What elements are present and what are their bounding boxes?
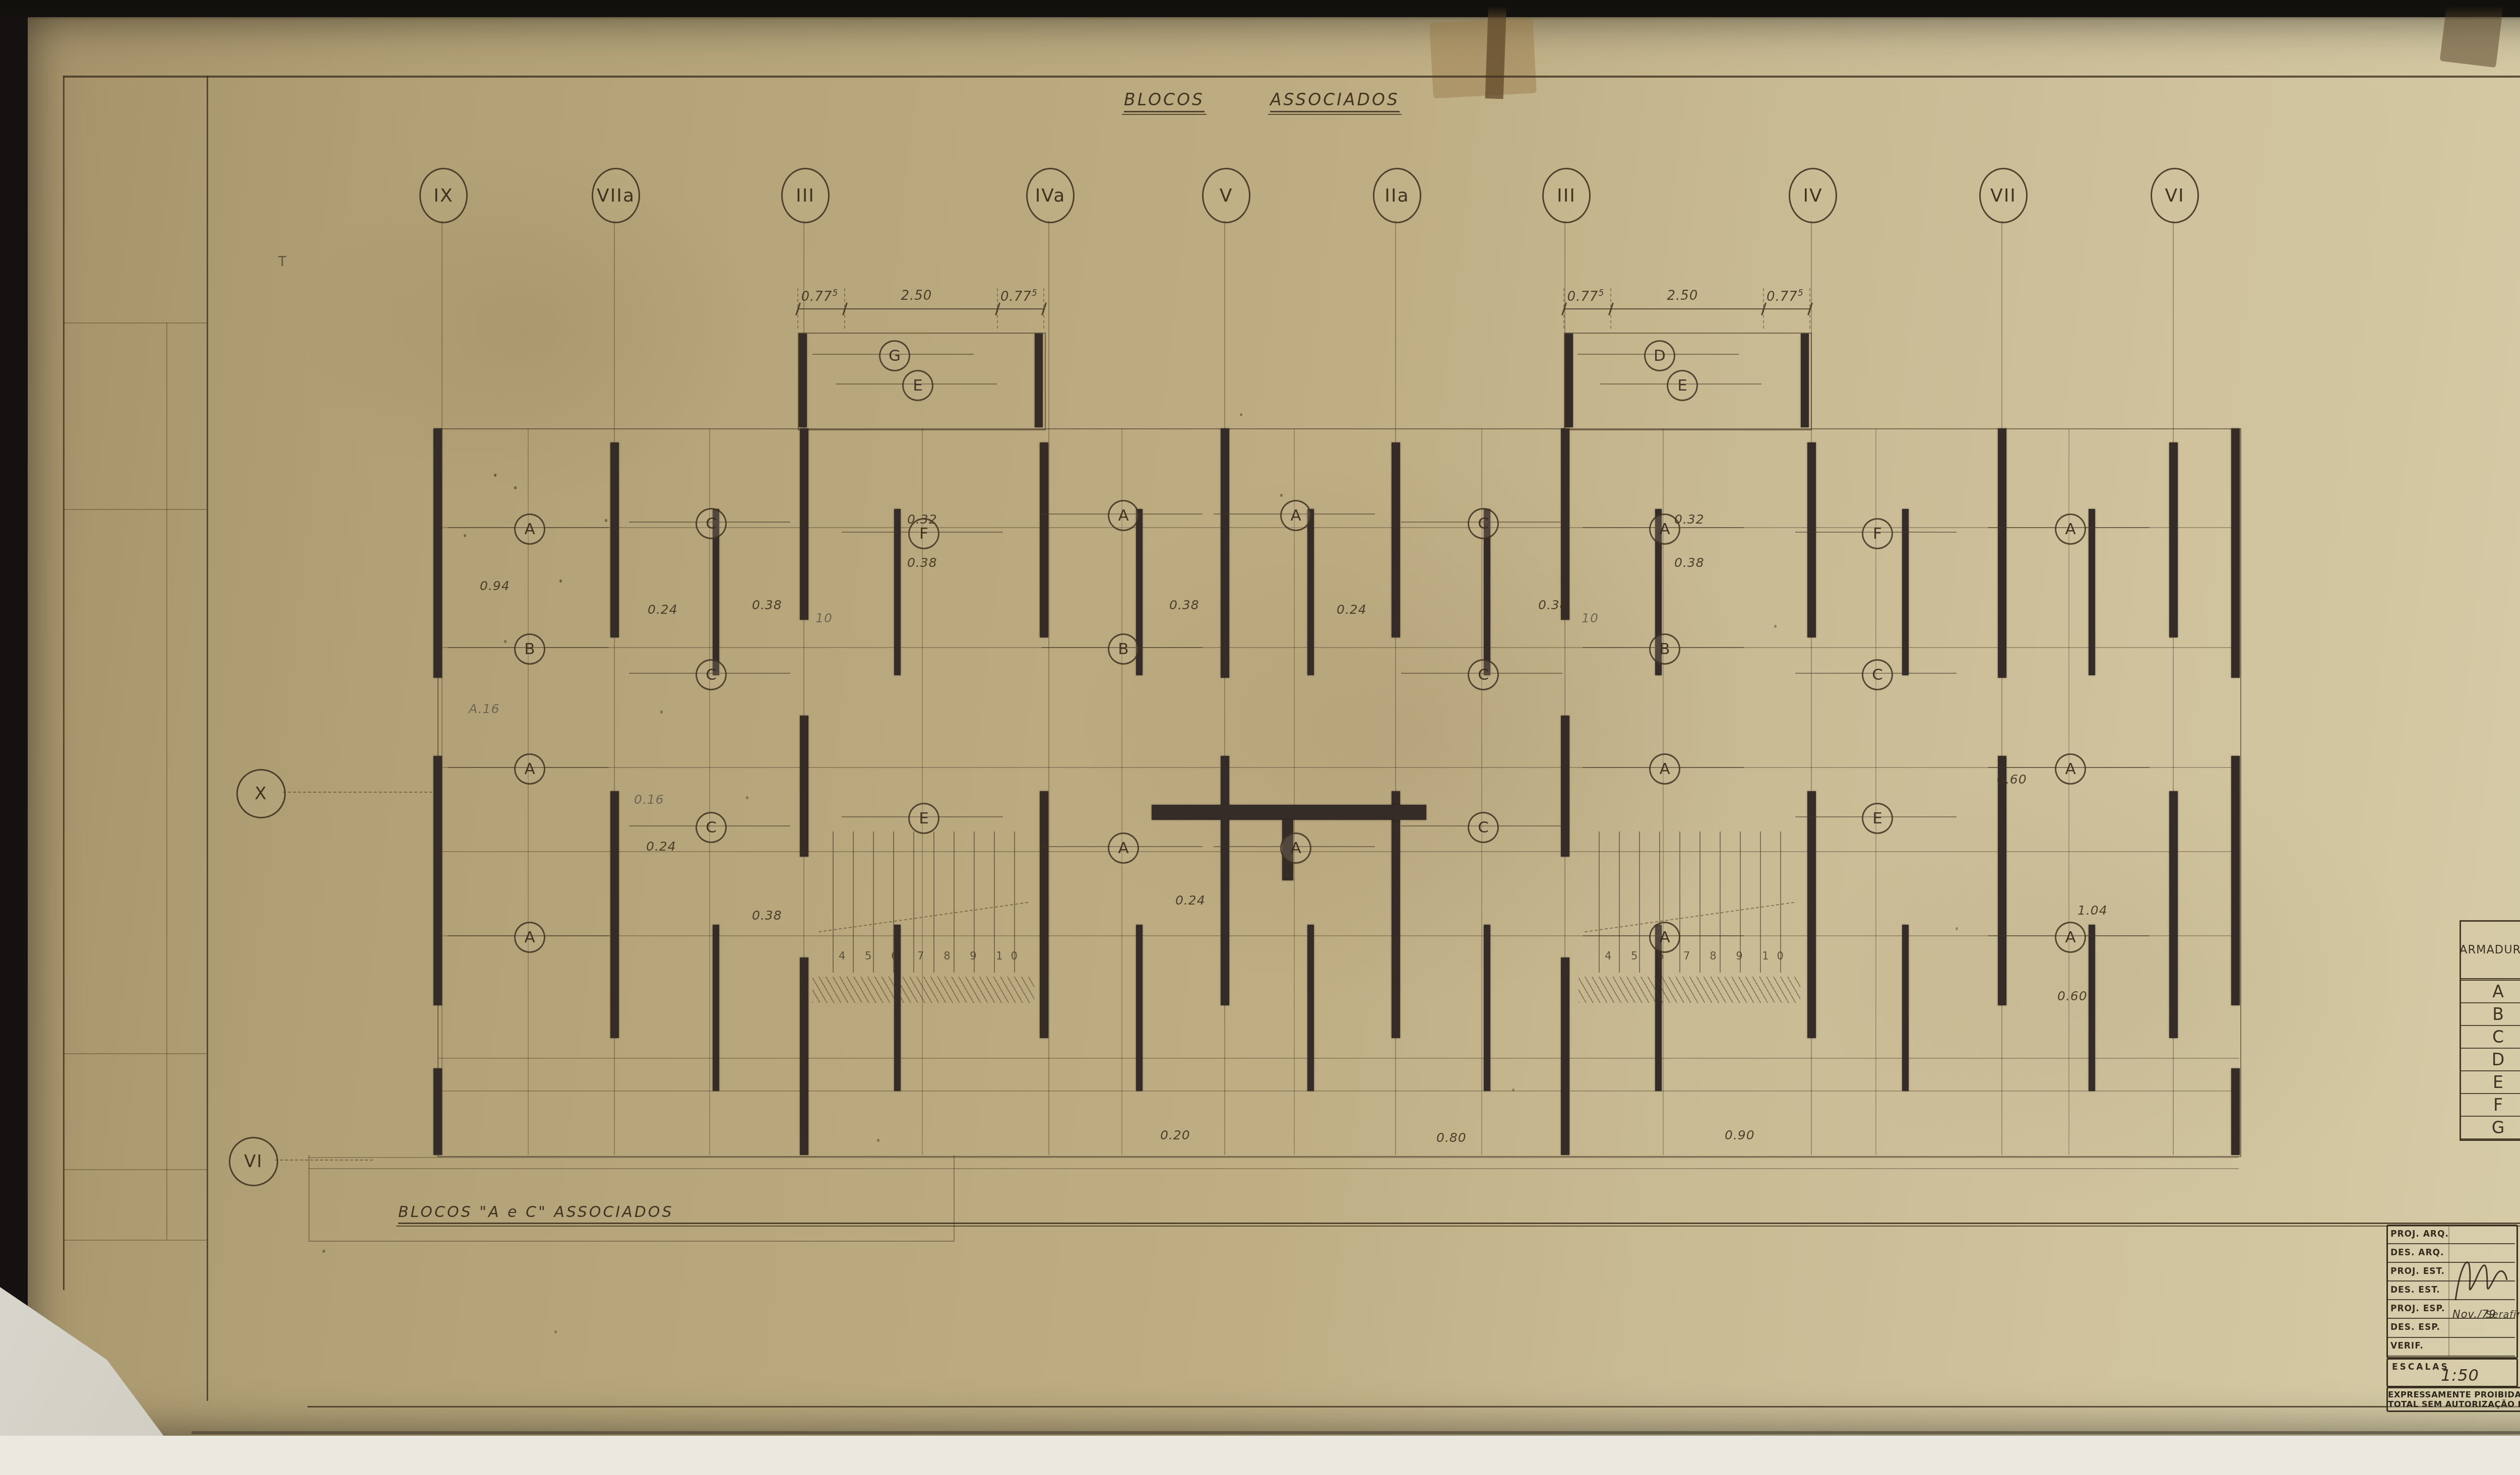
grid-bubble: III xyxy=(781,168,830,223)
wall-segment xyxy=(1035,334,1043,427)
panel-marker: F xyxy=(1862,518,1893,549)
signature-row-label: VERIF. xyxy=(2390,1341,2424,1351)
plan-dimension: 10 xyxy=(1582,611,1599,625)
panel-marker: E xyxy=(902,370,933,401)
wall-segment xyxy=(610,791,619,1038)
wall-segment xyxy=(894,509,901,675)
plan-dimension: 0.20 xyxy=(1160,1128,1190,1142)
dim-chain-line xyxy=(1564,308,1810,309)
table-row: DAR 5033.502.40 xyxy=(2461,1049,2520,1071)
wall-segment xyxy=(800,957,808,1155)
blocos-ac-label: BLOCOS "A e C" ASSOCIADOS xyxy=(398,1203,2520,1224)
panel-marker: D xyxy=(1644,340,1675,371)
wall-segment xyxy=(1392,791,1400,1038)
wall-segment xyxy=(1307,925,1314,1091)
wall-segment xyxy=(1136,925,1143,1091)
grid-bubble-side: X xyxy=(236,769,286,818)
plan-dimension: 0.38 xyxy=(752,598,782,612)
panel-marker: A xyxy=(1649,753,1680,785)
dim-chain-label: 2.50 xyxy=(901,288,932,303)
wall-segment xyxy=(1807,791,1816,1038)
wall-segment xyxy=(1998,756,2006,1005)
table-row: EAR 6084.402.40 xyxy=(2461,1071,2520,1094)
wall-segment xyxy=(433,1068,442,1155)
wall-segment xyxy=(1902,509,1909,675)
grid-bubble: III xyxy=(1542,168,1591,223)
wall-segment xyxy=(713,925,719,1091)
wall-segment xyxy=(2169,442,2178,637)
escala-value: 1:50 xyxy=(2441,1366,2479,1385)
panel-joint-column xyxy=(1294,428,1295,1155)
stair-tread-numbers: 4 5 6 7 8 9 10 xyxy=(1605,950,1792,962)
plan-dimension: 0.90 xyxy=(1725,1128,1755,1142)
plan-dimension: 10 xyxy=(815,611,833,625)
signature-row-label: PROJ. EST. xyxy=(2390,1266,2445,1276)
panel-marker: C xyxy=(1468,812,1499,843)
drawing-photo: BLOCOS ASSOCIADOS T IXVIIaIIIIVaVIIaIIII… xyxy=(0,0,2520,1475)
panel-marker: A xyxy=(1649,922,1680,953)
dim-chain-label: 0.775 xyxy=(1000,288,1038,304)
panel-marker: E xyxy=(1862,803,1893,834)
wall-segment xyxy=(1392,442,1400,637)
panel-joint-line xyxy=(437,935,2239,936)
signature-row: VERIF. xyxy=(2386,1337,2515,1357)
panel-marker: A xyxy=(2055,922,2086,953)
stair-tread-line xyxy=(1599,831,1600,973)
table-cell: F xyxy=(2461,1094,2520,1117)
table-cell: C xyxy=(2461,1026,2520,1049)
wall-segment xyxy=(2089,925,2095,1091)
wall-segment xyxy=(433,428,442,678)
wall-segment xyxy=(1040,442,1048,637)
plan-dimension: 0.38 xyxy=(1674,555,1705,570)
panel-marker: A xyxy=(1280,500,1311,531)
wall-segment xyxy=(1561,957,1569,1155)
wall-segment xyxy=(2231,756,2240,1005)
plan-dimension: 0.16 xyxy=(634,792,664,807)
table-row: GAR 6022.501.20 xyxy=(2461,1117,2520,1139)
wall-segment xyxy=(2169,791,2178,1038)
table-cell: B xyxy=(2461,1003,2520,1026)
panel-marker: C xyxy=(1862,659,1893,690)
wall-segment xyxy=(1561,428,1569,620)
table-cell: A xyxy=(2461,981,2520,1003)
plan-dimension: 0.24 xyxy=(648,602,678,617)
wall-segment xyxy=(1040,791,1048,1038)
photo-top-edge xyxy=(0,0,2520,20)
panel-marker: A xyxy=(1108,500,1139,531)
table-row: FAR 6044.401.20 xyxy=(2461,1094,2520,1117)
panel-marker: A xyxy=(2055,514,2086,545)
stair-tread-line xyxy=(833,831,834,973)
signature-row-label: DES. EST. xyxy=(2390,1285,2440,1295)
plan-dimension: 0.38 xyxy=(1538,598,1568,612)
wall-segment xyxy=(2231,428,2240,678)
signature-row: DES. ESP. xyxy=(2386,1318,2515,1338)
plan-dimension: 0.38 xyxy=(1169,598,1200,612)
wall-segment xyxy=(433,756,442,1005)
panel-marker: A xyxy=(514,922,545,953)
wall-segment xyxy=(799,334,807,427)
panel-marker: E xyxy=(908,803,939,834)
dim-extension-line xyxy=(797,288,798,329)
table-row: AAR 46203.202.40 xyxy=(2461,981,2520,1003)
core-wall xyxy=(1152,805,1426,820)
panel-marker: B xyxy=(514,633,545,665)
wall-segment xyxy=(1998,428,2006,678)
table-cell: D xyxy=(2461,1049,2520,1071)
wall-segment xyxy=(2089,509,2095,675)
table-row: BAR 4643.201.20 xyxy=(2461,1003,2520,1026)
plan-dimension: 0.24 xyxy=(1337,602,1367,617)
grid-bubble-side: VI xyxy=(229,1137,278,1186)
signature-row-label: DES. ESP. xyxy=(2390,1322,2440,1332)
panel-marker: A xyxy=(2055,753,2086,785)
plan-dimension: 0.80 xyxy=(1436,1130,1467,1145)
stair-hatch xyxy=(812,977,1034,1003)
dim-chain-label: 2.50 xyxy=(1667,288,1698,303)
panel-joint-line xyxy=(437,1058,2239,1059)
panel-marker: B xyxy=(1649,633,1680,665)
panel-marker: G xyxy=(879,340,910,371)
slab-edge-line xyxy=(308,1157,2239,1158)
table-row: CAR 46153.502.40 xyxy=(2461,1026,2520,1049)
signature-col-divider xyxy=(2448,1225,2449,1356)
panel-marker: A xyxy=(1280,832,1311,864)
dim-chain-label: 0.775 xyxy=(1767,288,1804,304)
plan-dimension: 0.60 xyxy=(1997,772,2027,787)
wall-segment xyxy=(1902,925,1909,1091)
grid-bubble: VIIa xyxy=(592,168,640,223)
signature-row-label: PROJ. ESP. xyxy=(2390,1304,2445,1314)
dim-chain-label: 0.775 xyxy=(1567,288,1605,304)
wall-segment xyxy=(1484,925,1490,1091)
escalas-box: ESCALAS 1:50 xyxy=(2386,1358,2518,1387)
paper-bottom-shadow xyxy=(192,1431,2520,1434)
grid-bubble: IX xyxy=(419,168,468,223)
plan-dimension: A.16 xyxy=(469,701,499,716)
grid-dash-line xyxy=(283,792,437,793)
wall-segment xyxy=(1221,756,1229,1005)
wall-segment xyxy=(1801,334,1809,427)
panel-marker: E xyxy=(1667,370,1698,401)
plan-dimension: 0.24 xyxy=(1175,893,1206,908)
grid-bubble: IIa xyxy=(1373,168,1421,223)
photo-bottom-margin xyxy=(0,1436,2520,1475)
wall-segment xyxy=(800,428,808,620)
signature-scribble xyxy=(2450,1245,2511,1310)
panel-marker: C xyxy=(696,659,727,690)
dim-extension-line xyxy=(997,288,998,329)
wall-segment xyxy=(1307,509,1314,675)
dim-extension-line xyxy=(1809,288,1810,329)
slab-edge-line xyxy=(308,1168,2239,1169)
grid-bubble: VI xyxy=(2151,168,2199,223)
stair-hatch xyxy=(1579,977,1800,1003)
wall-segment xyxy=(1807,442,1816,637)
table-cell: G xyxy=(2461,1117,2520,1139)
plan-dimension: 0.38 xyxy=(907,555,937,570)
panel-marker: B xyxy=(1108,633,1139,665)
dim-extension-line xyxy=(1043,288,1044,329)
dim-extension-line xyxy=(1610,288,1611,329)
signature-row-label: DES. ARQ. xyxy=(2390,1248,2444,1258)
table-cell: E xyxy=(2461,1071,2520,1094)
panel-joint-line xyxy=(437,767,2239,768)
dim-extension-line xyxy=(1763,288,1764,329)
plan-dimension: 0.32 xyxy=(907,512,937,527)
reinforcement-table: ARMADURASMALHA TIPONº DE PAINEISPOR PISO… xyxy=(2460,920,2520,1141)
grid-bubble: V xyxy=(1202,168,1250,223)
grid-bubble: IVa xyxy=(1026,168,1075,223)
plan-dimension: 0.94 xyxy=(480,579,510,593)
plan-dimension: 1.04 xyxy=(2077,903,2108,918)
plan-drawing-layer: IXVIIaIIIIVaVIIaIIIIVVIIVIXVI0.7752.500.… xyxy=(0,0,2520,1475)
panel-marker: A xyxy=(1108,832,1139,864)
restriction-text: EXPRESSAMENTE PROIBIDA A REPRODUÇÃO OU U… xyxy=(2388,1390,2520,1409)
panel-joint-line xyxy=(437,851,2239,852)
table-header-row: ARMADURASMALHA TIPONº DE PAINEISPOR PISO… xyxy=(2461,922,2520,981)
grid-bubble: VII xyxy=(1979,168,2028,223)
dim-extension-line xyxy=(1563,288,1564,329)
signature-row: PROJ. ARQ. xyxy=(2386,1225,2515,1244)
signature-name: Serafim xyxy=(2486,1309,2520,1320)
panel-marker: C xyxy=(696,812,727,843)
plan-dimension: 0.32 xyxy=(1674,512,1705,527)
panel-marker: A xyxy=(514,753,545,785)
dim-extension-line xyxy=(844,288,845,329)
panel-marker: C xyxy=(1468,659,1499,690)
wall-segment xyxy=(1565,334,1573,427)
signature-row-label: PROJ. ARQ. xyxy=(2390,1229,2449,1239)
panel-marker: C xyxy=(1468,508,1499,539)
wall-segment xyxy=(610,442,619,637)
panel-joint-line xyxy=(437,1091,2239,1092)
plan-dimension: 0.24 xyxy=(646,839,676,854)
wall-segment xyxy=(1561,716,1569,857)
panel-joint-line xyxy=(437,647,2239,648)
plan-dimension: 0.38 xyxy=(752,908,782,923)
wall-segment xyxy=(800,716,808,857)
wall-segment xyxy=(1221,428,1229,678)
restriction-strip: EXPRESSAMENTE PROIBIDA A REPRODUÇÃO OU U… xyxy=(2386,1387,2520,1412)
stair-tread-numbers: 4 5 6 7 8 9 10 xyxy=(839,950,1026,962)
panel-marker: C xyxy=(696,508,727,539)
grid-bubble: IV xyxy=(1789,168,1837,223)
dim-chain-label: 0.775 xyxy=(801,288,839,304)
plan-dimension: 0.60 xyxy=(2057,989,2088,1003)
panel-marker: A xyxy=(514,514,545,545)
panel-joint-column xyxy=(1121,428,1122,1155)
dim-chain-line xyxy=(798,308,1044,309)
table-cell: ARMADURAS xyxy=(2461,922,2520,981)
wall-segment xyxy=(2231,1068,2240,1155)
